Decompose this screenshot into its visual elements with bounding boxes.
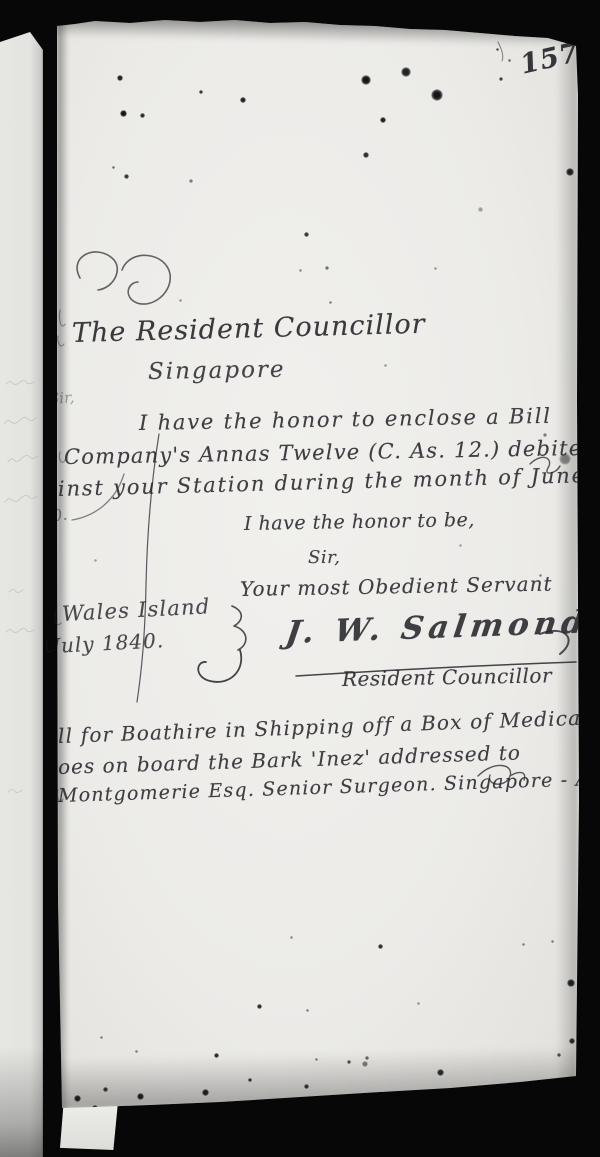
ink-spot [478, 207, 483, 212]
ink-spot [362, 1061, 368, 1067]
letter-page: 157. The Resident Councillor Singapore S… [0, 0, 600, 1157]
ink-spot [567, 979, 575, 987]
signature: J. W. Salmond [283, 604, 590, 651]
ink-spot [431, 89, 443, 101]
ink-spot [112, 166, 115, 169]
facing-page-shadow [0, 1047, 43, 1157]
ink-spot [214, 1053, 219, 1058]
ink-spot [304, 232, 309, 237]
recipient-place: Singapore [148, 357, 286, 385]
ink-spot [363, 152, 369, 158]
ink-spot [137, 1093, 144, 1100]
ghost-writing-marks [0, 32, 43, 1157]
ink-spot [437, 1069, 444, 1076]
ink-spot [103, 1087, 108, 1092]
ink-spot [384, 364, 387, 367]
ink-spot [329, 301, 332, 304]
ink-spot [522, 943, 525, 946]
ink-spot [566, 168, 574, 176]
recipient-line: The Resident Councillor [72, 309, 426, 349]
ink-spot [94, 559, 97, 562]
closing-line-2: Sir, [308, 547, 340, 568]
ink-spot [202, 1089, 209, 1096]
ink-spot [417, 1002, 420, 1005]
ink-spot [496, 48, 499, 51]
scanned-letter-page: 157. The Resident Councillor Singapore S… [0, 0, 600, 1157]
page-edge-shadow-top [40, 11, 600, 48]
ink-spot [380, 117, 386, 123]
ink-spot [290, 936, 293, 939]
ink-spot [508, 59, 511, 62]
ink-spot [569, 1038, 575, 1044]
ink-spot [361, 75, 371, 85]
ink-spot [74, 1095, 81, 1102]
ink-spot [120, 110, 127, 117]
ink-spot [135, 1050, 138, 1053]
ink-spot [117, 75, 123, 81]
dateline-place: Wales Island [61, 594, 211, 626]
ink-spot [248, 1078, 252, 1082]
page-edge-shadow-bottom [57, 1046, 578, 1111]
ink-spot [551, 940, 554, 943]
body-line-3: inst your Station during the month of Ju… [58, 463, 586, 501]
ink-spot [325, 266, 329, 270]
ink-spot [315, 1058, 318, 1061]
ink-spot [140, 113, 145, 118]
dateline-date: July 1840. [51, 628, 164, 658]
page-gutter-shadow [57, 20, 69, 1110]
closing-line-3: Your most Obedient Servant [240, 572, 553, 601]
ink-spot [199, 90, 203, 94]
ink-spot [189, 179, 193, 183]
ink-spot [347, 1060, 351, 1064]
ink-spot [557, 1053, 561, 1057]
body-line-1: I have the honor to enclose a Bill [139, 404, 552, 435]
ink-spot [299, 269, 302, 272]
ink-spot [401, 67, 411, 77]
ink-spot [499, 77, 503, 81]
signature-title: Resident Councillor [342, 663, 552, 691]
ink-spot [304, 1084, 309, 1089]
page-number: 157. [518, 35, 593, 81]
ink-spot [365, 1056, 369, 1060]
ink-spot [179, 299, 182, 302]
closing-line-1: I have the honor to be, [244, 509, 475, 535]
ink-spot [100, 1036, 103, 1039]
ink-spot [306, 1009, 309, 1012]
ink-spot [124, 174, 129, 179]
salutation-fragment: Sir, [48, 388, 75, 408]
gutter-fragment-stroke [46, 641, 52, 652]
page-edge-shadow-right [556, 40, 578, 1080]
ink-spot [459, 544, 462, 547]
ink-spot [240, 97, 246, 103]
ink-spot [434, 267, 437, 270]
body-line-4-fragment: 40. [41, 505, 69, 527]
facing-page-edge [0, 32, 43, 1157]
ink-spot [378, 944, 383, 949]
ink-spot [257, 1004, 262, 1009]
